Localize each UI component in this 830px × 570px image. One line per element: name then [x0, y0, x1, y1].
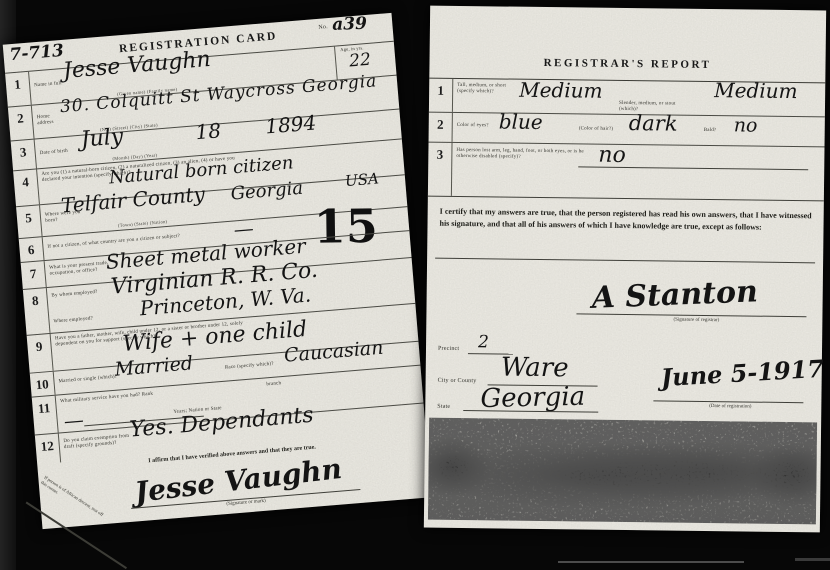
report-row-disability: 3 Has person lost arm, leg, hand, foot, …	[428, 142, 825, 201]
field-label: Home address	[37, 113, 64, 127]
field-number: 2	[8, 106, 35, 141]
field-label: Date of birth	[40, 149, 69, 157]
report-row-build: 1 Tall, medium, or short (specify which)…	[429, 78, 825, 117]
birthplace-state: Georgia	[230, 180, 304, 204]
bald-value: no	[734, 116, 758, 135]
dependents-value: Wife + one child	[122, 319, 308, 356]
tear-off-corner-line	[26, 501, 127, 568]
height-value: Medium	[519, 80, 603, 101]
field-label-where: Where employed?	[53, 315, 108, 325]
disability-label: Has person lost arm, leg, hand, foot, or…	[456, 148, 586, 162]
registration-date-value: June 5-1917	[660, 357, 824, 390]
certification-text: I certify that my answers are true, that…	[439, 206, 811, 235]
marital-value: Married	[114, 354, 194, 379]
birth-month: July	[80, 126, 124, 151]
state-value: Georgia	[480, 384, 585, 412]
report-title: REGISTRAR'S REPORT	[429, 56, 825, 73]
branch-label: branch	[266, 381, 281, 388]
field-number: 9	[27, 334, 54, 373]
field-number: 10	[30, 372, 56, 397]
birth-day: 18	[195, 120, 222, 142]
birth-year: 1894	[265, 112, 317, 136]
race-value: Caucasian	[283, 339, 384, 366]
county-value: Ware	[501, 354, 569, 381]
bald-label: Bald?	[704, 128, 717, 134]
signature-line	[576, 313, 806, 317]
field-number: 1	[5, 72, 32, 107]
report-row-eyes-hair: 2 Color of eyes? blue (Color of hair?) d…	[429, 112, 825, 147]
alien-nation-value: —	[233, 218, 255, 240]
field-number: 12	[35, 434, 61, 465]
blank-line	[578, 166, 808, 170]
registrars-report: REGISTRAR'S REPORT 1 Tall, medium, or sh…	[424, 6, 826, 533]
race-label: Race (specify which)?	[225, 361, 280, 371]
field-label: Do you claim exemption from draft (speci…	[63, 433, 134, 451]
illegible-stamp-smudge	[428, 418, 817, 525]
field-number: 4	[13, 169, 40, 206]
age-value: 22	[349, 52, 372, 71]
precinct-value: 2	[478, 334, 489, 351]
field-label: Name in full	[34, 81, 62, 89]
smudge-noise-texture	[428, 418, 817, 525]
military-value: —	[63, 409, 85, 431]
precinct-label: Precinct	[438, 346, 459, 353]
no-label: No.	[318, 24, 328, 32]
field-number: 5	[16, 205, 42, 238]
field-number: 3	[428, 143, 453, 196]
field-number: 8	[23, 288, 51, 335]
field-label: What is your present trade, occupation, …	[49, 261, 110, 278]
field-number: 2	[429, 113, 453, 142]
scan-artifact-line	[558, 561, 744, 563]
height-label: Tall, medium, or short (specify which)?	[457, 83, 512, 96]
scanned-document-page: 7-713 REGISTRATION CARD No. a39 1 Name i…	[0, 0, 830, 570]
registration-card: 7-713 REGISTRATION CARD No. a39 1 Name i…	[3, 13, 432, 529]
birthplace-nation: USA	[344, 171, 379, 189]
county-label: City or County	[438, 378, 477, 386]
registrar-signature: A Stanton	[591, 277, 758, 314]
serial-number-handwritten: a39	[332, 16, 367, 34]
marital-label: Married or single (which)?	[58, 374, 118, 385]
hair-value: dark	[629, 113, 678, 135]
disability-value: no	[598, 145, 626, 167]
card-header: 7-713 REGISTRATION CARD No. a39	[3, 13, 392, 45]
scan-artifact-line	[795, 558, 830, 561]
build-value: Medium	[714, 80, 798, 101]
date-caption: (Date of registration)	[675, 404, 785, 410]
eyes-value: blue	[499, 111, 543, 132]
field-number: 11	[32, 396, 59, 435]
hair-label: (Color of hair?)	[579, 126, 614, 132]
field-number: 3	[11, 140, 37, 171]
field-number: 7	[21, 261, 47, 289]
state-label: State	[437, 404, 450, 411]
field-label-by-whom: By whom employed?	[51, 289, 106, 299]
registrar-signature-caption: (Signature of registrar)	[626, 317, 766, 324]
field-number: 1	[429, 79, 453, 112]
eyes-label: Color of eyes?	[457, 123, 492, 129]
field-number: 6	[19, 237, 45, 262]
blank-line	[435, 258, 815, 264]
